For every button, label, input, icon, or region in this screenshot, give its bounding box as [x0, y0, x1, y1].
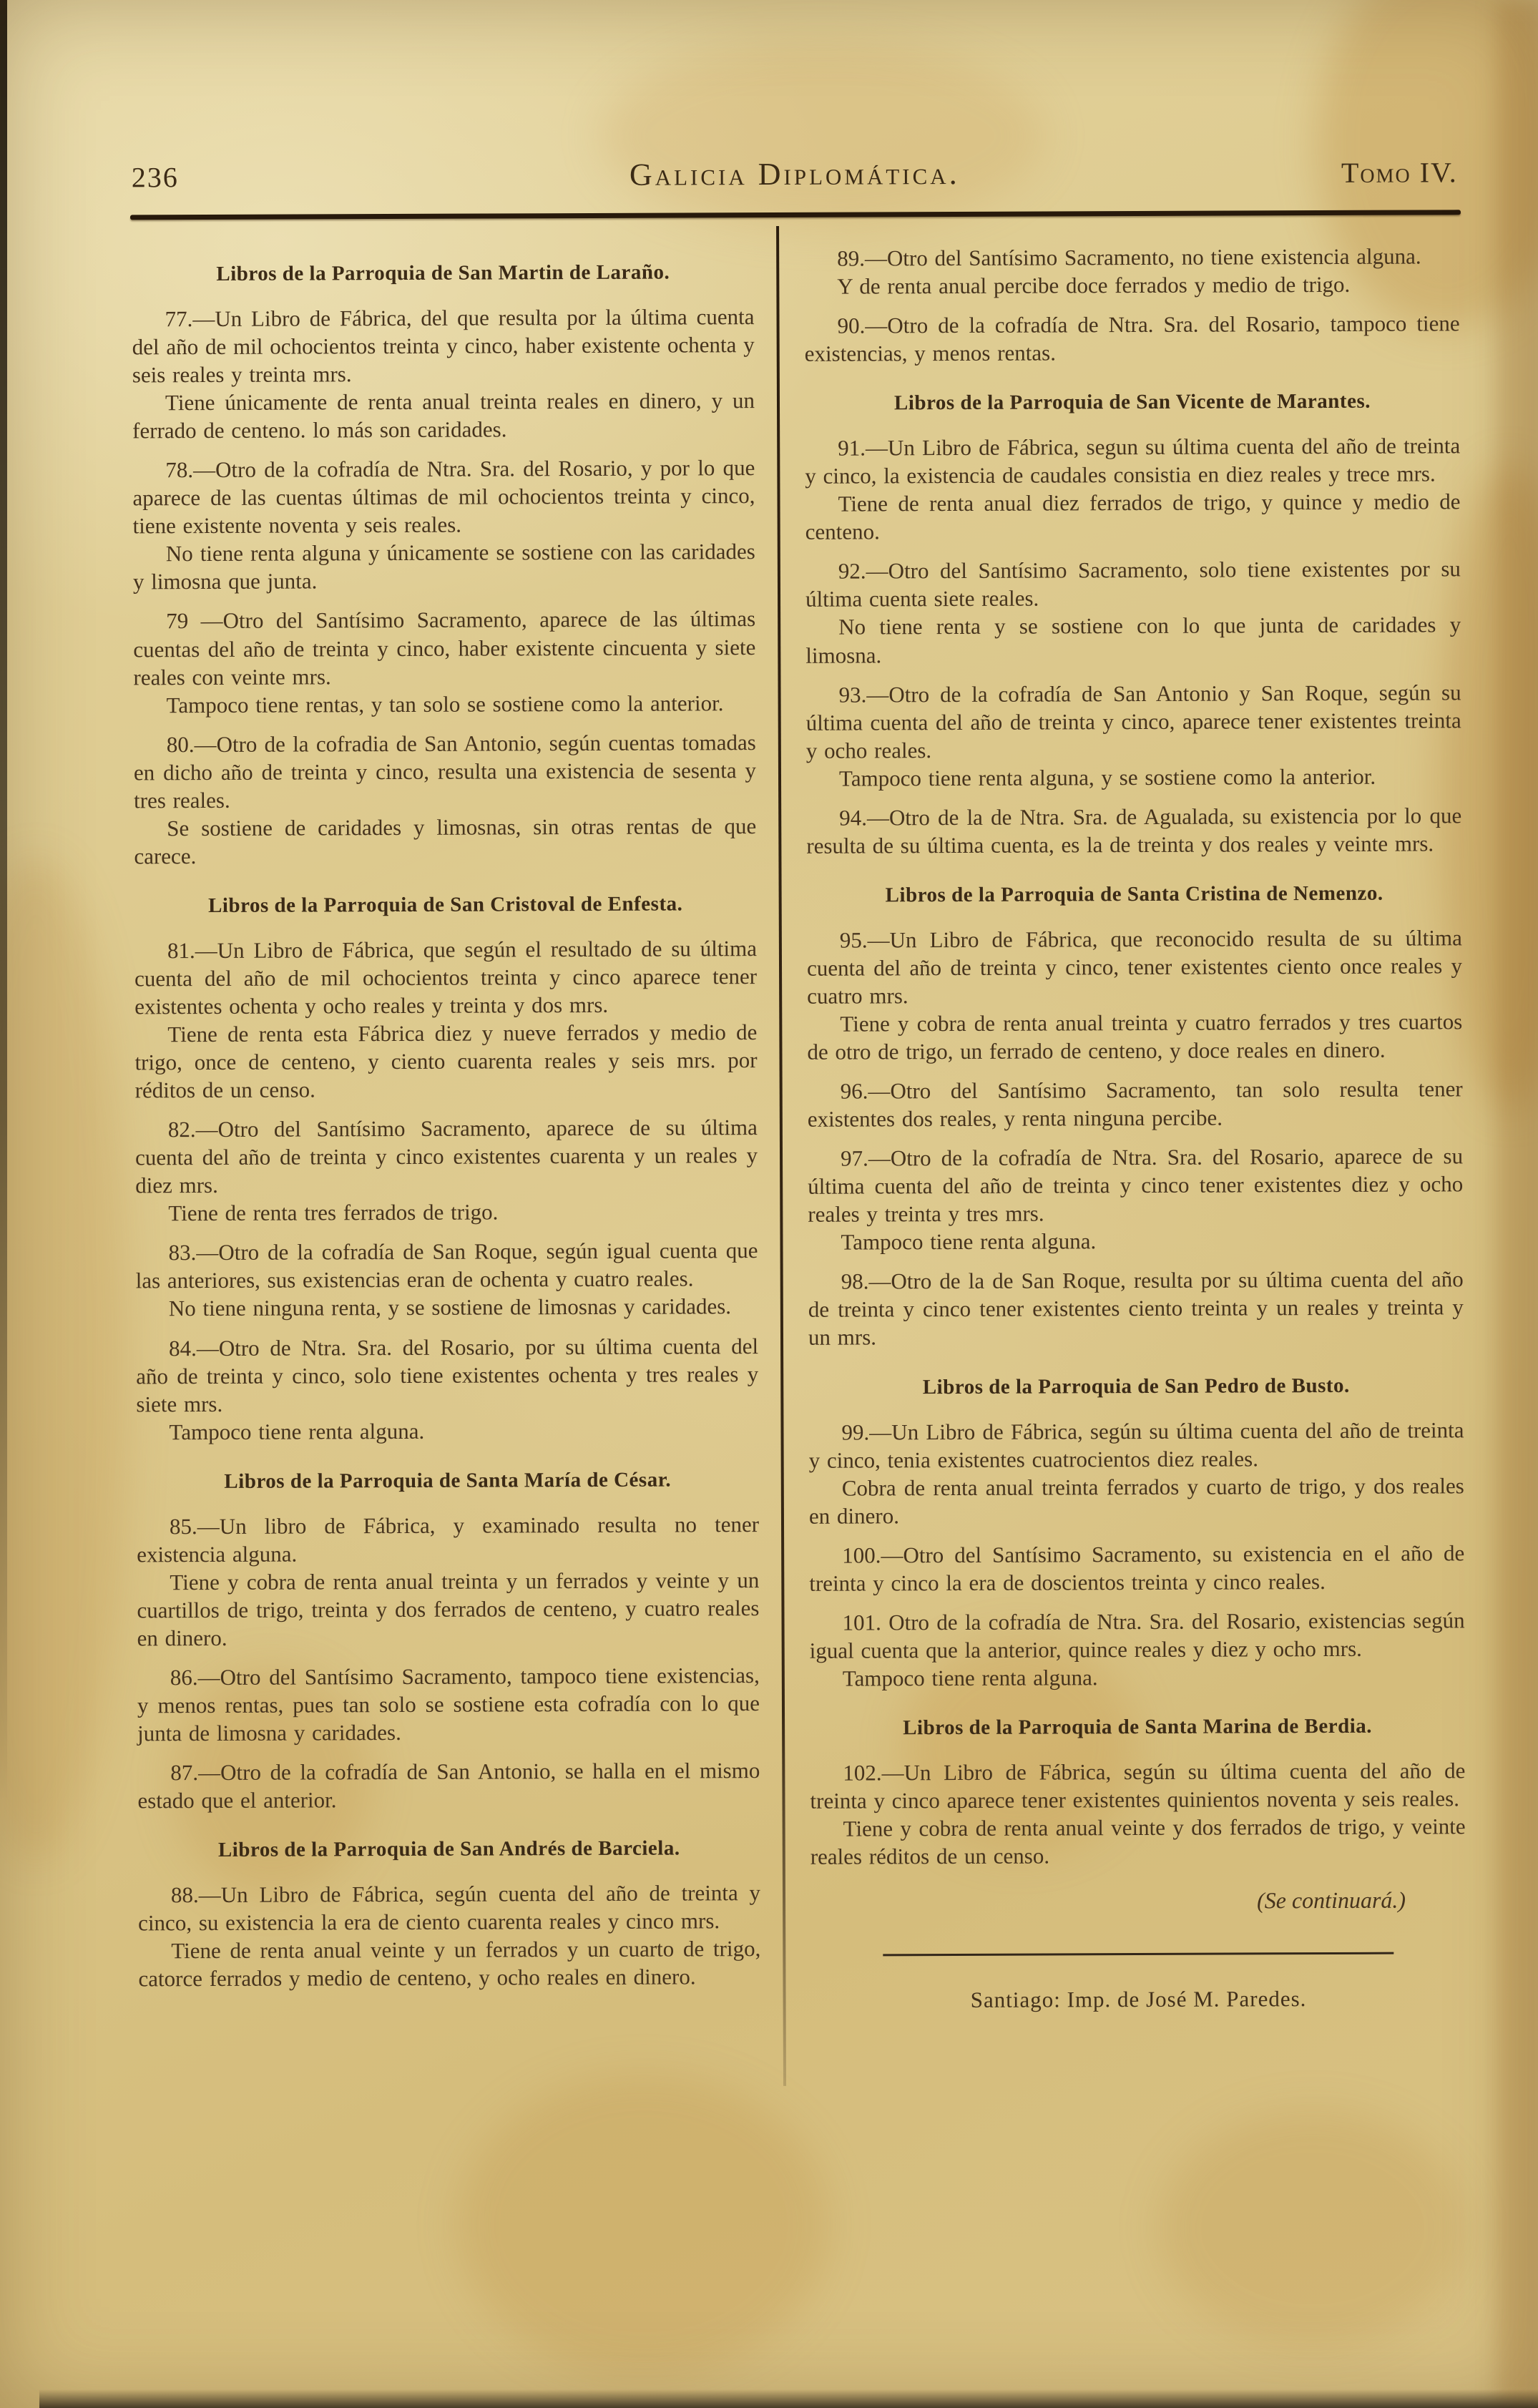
paragraph: Tiene de renta esta Fábrica diez y nueve… — [134, 1018, 757, 1104]
entry-paragraph: 92.—Otro del Santísimo Sacramento, solo … — [805, 555, 1461, 614]
paragraph: Tampoco tiene rentas, y tan solo se sost… — [134, 689, 756, 719]
section-heading: Libros de la Parroquia de San Martin de … — [140, 260, 745, 286]
entry-paragraph: 87.—Otro de la cofradía de San Antonio, … — [137, 1756, 760, 1814]
entry-paragraph: 85.—Un libro de Fábrica, y examinado res… — [137, 1510, 759, 1568]
journal-title: Galicia Diplomática. — [630, 155, 960, 193]
section-heading: Libros de la Parroquia de San Andrés de … — [147, 1836, 752, 1862]
paragraph: Tiene de renta tres ferrados de trigo. — [135, 1197, 758, 1227]
entry-paragraph: 101. Otro de la cofradía de Ntra. Sra. d… — [809, 1606, 1464, 1665]
entry-paragraph: 80.—Otro de la cofradia de San Antonio, … — [134, 728, 756, 814]
paragraph: Y de renta anual percibe doce ferrados y… — [804, 270, 1459, 300]
scan-edge-left — [0, 0, 7, 1803]
paragraph: Tiene de renta anual diez ferrados de tr… — [805, 488, 1460, 547]
section-heading: Libros de la Parroquia de Santa Marina d… — [818, 1714, 1456, 1740]
entry-paragraph: 89.—Otro del Santísimo Sacramento, no ti… — [804, 242, 1459, 273]
section-heading: Libros de la Parroquia de San Vicente de… — [813, 390, 1451, 416]
entry-paragraph: 84.—Otro de Ntra. Sra. del Rosario, por … — [136, 1332, 758, 1418]
entry-paragraph: 78.—Otro de la cofradía de Ntra. Sra. de… — [132, 454, 755, 539]
left-column: Libros de la Parroquia de San Martin de … — [132, 236, 760, 1993]
entry-paragraph: 99.—Un Libro de Fábrica, según su última… — [808, 1416, 1464, 1474]
paragraph: Tampoco tiene renta alguna. — [808, 1226, 1463, 1257]
paragraph: No tiene renta alguna y únicamente se so… — [133, 537, 755, 595]
paragraph: Tampoco tiene renta alguna. — [810, 1662, 1465, 1693]
entry-paragraph: 100.—Otro del Santísimo Sacramento, su e… — [809, 1539, 1464, 1597]
entry-paragraph: 97.—Otro de la cofradía de Ntra. Sra. de… — [808, 1142, 1463, 1228]
entry-paragraph: 90.—Otro de la cofradía de Ntra. Sra. de… — [805, 309, 1460, 368]
paragraph: Tiene únicamente de renta anual treinta … — [132, 386, 755, 444]
entry-paragraph: 93.—Otro de la cofradía de San Antonio y… — [805, 678, 1461, 765]
entry-paragraph: 86.—Otro del Santísimo Sacramento, tampo… — [137, 1661, 760, 1747]
page-header: 236 Galicia Diplomática. Tomo IV. — [132, 153, 1458, 195]
entry-paragraph: 102.—Un Libro de Fábrica, según su últim… — [810, 1756, 1465, 1815]
paragraph: Tiene y cobra de renta anual treinta y u… — [137, 1566, 759, 1652]
entry-paragraph: 83.—Otro de la cofradía de San Roque, se… — [135, 1236, 758, 1294]
entry-paragraph: 77.—Un Libro de Fábrica, del que resulta… — [132, 303, 754, 388]
paragraph: Tampoco tiene renta alguna. — [136, 1416, 758, 1446]
section-heading: Libros de la Parroquia de San Cristoval … — [143, 892, 748, 918]
page-number: 236 — [132, 159, 630, 195]
paragraph: No tiene ninguna renta, y se sostiene de… — [136, 1293, 758, 1323]
paragraph: Tiene y cobra de renta anual treinta y c… — [807, 1007, 1462, 1066]
page-content: 236 Galicia Diplomática. Tomo IV. Libros… — [0, 0, 1538, 2408]
header-rule — [130, 210, 1461, 220]
volume-label: Tomo IV. — [960, 155, 1458, 191]
column-divider — [776, 226, 786, 2086]
paragraph: No tiene renta y se sostiene con lo que … — [805, 611, 1461, 670]
scan-edge-bottom — [39, 2389, 1538, 2408]
entry-paragraph: 81.—Un Libro de Fábrica, que según el re… — [134, 934, 757, 1020]
continuation-note: (Se continuará.) — [810, 1886, 1466, 1916]
scanned-page: 236 Galicia Diplomática. Tomo IV. Libros… — [0, 0, 1538, 2408]
entry-paragraph: 88.—Un Libro de Fábrica, según cuenta de… — [138, 1879, 760, 1937]
right-column: 89.—Otro del Santísimo Sacramento, no ti… — [804, 230, 1466, 2014]
imprint-line: Santiago: Imp. de José M. Paredes. — [811, 1985, 1466, 2014]
entry-paragraph: 79 —Otro del Santísimo Sacramento, apare… — [133, 605, 755, 691]
paragraph: Tiene de renta anual veinte y un ferrado… — [138, 1934, 760, 1992]
entry-paragraph: 95.—Un Libro de Fábrica, que reconocido … — [807, 924, 1462, 1010]
entry-paragraph: 98.—Otro de la de San Roque, resulta por… — [808, 1266, 1464, 1352]
entry-paragraph: 96.—Otro del Santísimo Sacramento, tan s… — [808, 1075, 1463, 1133]
paragraph: Tiene y cobra de renta anual veinte y do… — [810, 1812, 1466, 1871]
paragraph: Se sostiene de caridades y limosnas, sin… — [134, 812, 756, 870]
entry-paragraph: 82.—Otro del Santísimo Sacramento, apare… — [135, 1113, 758, 1199]
paragraph: Cobra de renta anual treinta ferrados y … — [809, 1472, 1464, 1530]
footer-rule — [883, 1952, 1393, 1957]
paragraph: Tampoco tiene renta alguna, y se sostien… — [806, 762, 1461, 793]
entry-paragraph: 91.—Un Libro de Fábrica, segun su última… — [805, 431, 1460, 490]
section-heading: Libros de la Parroquia de San Pedro de B… — [817, 1374, 1455, 1399]
section-heading: Libros de la Parroquia de Santa María de… — [145, 1468, 750, 1494]
entry-paragraph: 94.—Otro de la de Ntra. Sra. de Agualada… — [806, 801, 1461, 860]
section-heading: Libros de la Parroquia de Santa Cristina… — [815, 881, 1454, 907]
